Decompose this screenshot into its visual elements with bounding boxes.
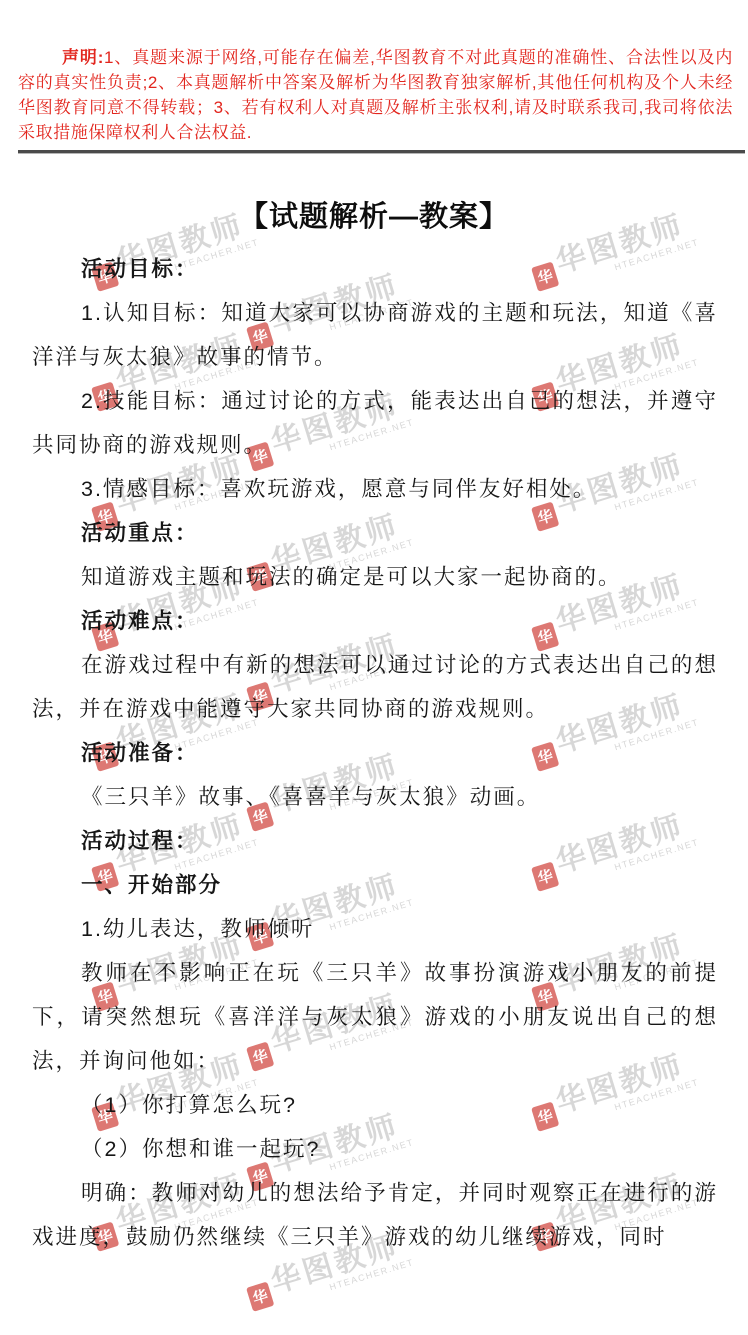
paragraph: 《三只羊》故事、《喜喜羊与灰太狼》动画。 bbox=[32, 775, 718, 819]
sections-container: 活动目标：1.认知目标：知道大家可以协商游戏的主题和玩法，知道《喜洋洋与灰太狼》… bbox=[32, 247, 718, 1259]
section-heading: 活动目标： bbox=[32, 247, 718, 291]
section-heading: 一、开始部分 bbox=[32, 863, 718, 907]
disclaimer-label: 声明: bbox=[62, 48, 104, 67]
paragraph: （1）你打算怎么玩? bbox=[32, 1083, 718, 1127]
paragraph: 1.认知目标：知道大家可以协商游戏的主题和玩法，知道《喜洋洋与灰太狼》故事的情节… bbox=[32, 291, 718, 379]
paragraph: （2）你想和谁一起玩? bbox=[32, 1127, 718, 1171]
paragraph: 在游戏过程中有新的想法可以通过讨论的方式表达出自己的想法，并在游戏中能遵守大家共… bbox=[32, 643, 718, 731]
document-page: 华华图教师HTEACHER.NET华华图教师HTEACHER.NET华华图教师H… bbox=[0, 0, 748, 1335]
paragraph: 2.技能目标：通过讨论的方式，能表达出自己的想法，并遵守共同协商的游戏规则。 bbox=[32, 379, 718, 467]
paragraph: 知道游戏主题和玩法的确定是可以大家一起协商的。 bbox=[32, 555, 718, 599]
watermark-subtext: HTEACHER.NET bbox=[328, 1257, 415, 1292]
paragraph: 1.幼儿表达，教师倾听 bbox=[32, 907, 718, 951]
paragraph: 明确：教师对幼儿的想法给予肯定，并同时观察正在进行的游戏进度，鼓励仍然继续《三只… bbox=[32, 1171, 718, 1259]
section-heading: 活动准备： bbox=[32, 731, 718, 775]
paragraph: 3.情感目标：喜欢玩游戏，愿意与同伴友好相处。 bbox=[32, 467, 718, 511]
disclaimer-text: 1、真题来源于网络,可能存在偏差,华图教育不对此真题的准确性、合法性以及内容的真… bbox=[18, 48, 733, 142]
disclaimer: 声明:1、真题来源于网络,可能存在偏差,华图教育不对此真题的准确性、合法性以及内… bbox=[18, 45, 733, 145]
separator-line bbox=[18, 150, 745, 154]
section-heading: 活动难点： bbox=[32, 599, 718, 643]
huatu-logo-icon: 华 bbox=[246, 1282, 274, 1312]
page-title: 【试题解析—教案】 bbox=[0, 199, 748, 235]
paragraph: 教师在不影响正在玩《三只羊》故事扮演游戏小朋友的前提下，请突然想玩《喜洋洋与灰太… bbox=[32, 951, 718, 1083]
section-heading: 活动重点： bbox=[32, 511, 718, 555]
document-content: 声明:1、真题来源于网络,可能存在偏差,华图教育不对此真题的准确性、合法性以及内… bbox=[0, 45, 748, 1259]
section-heading: 活动过程： bbox=[32, 819, 718, 863]
